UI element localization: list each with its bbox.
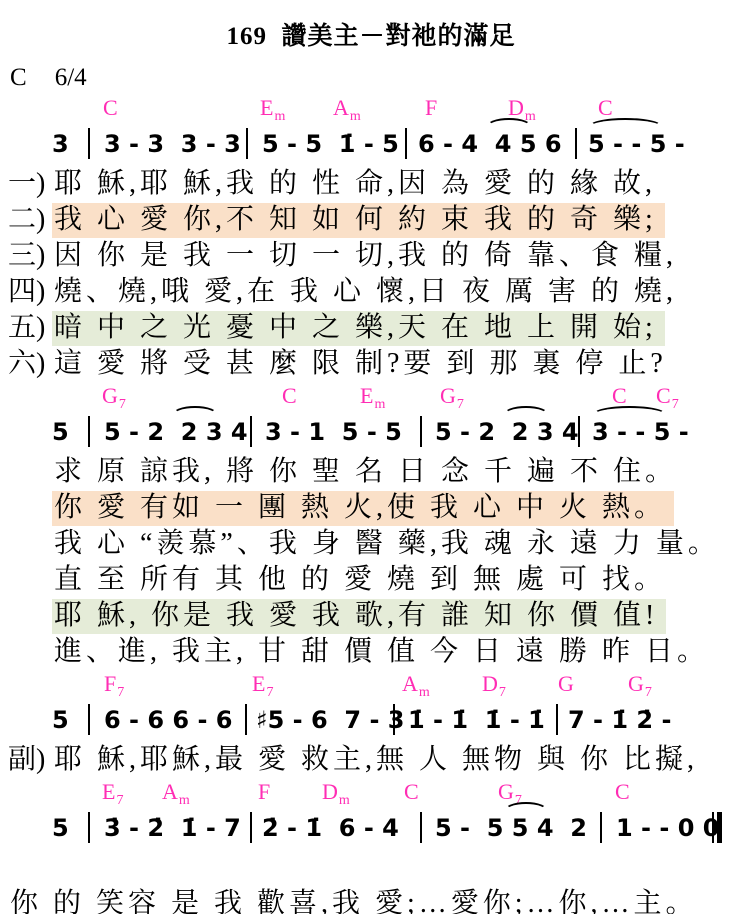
chord-root: A bbox=[402, 671, 418, 696]
verse-line-5: 五)暗 中 之 光 憂 中 之 樂,天 在 地 上 開 始; bbox=[0, 310, 742, 346]
chord-root: A bbox=[162, 779, 178, 804]
verse-line-4: 四)燒、燒,哦 愛,在 我 心 懷,日 夜 厲 害 的 燒, bbox=[0, 274, 742, 310]
key-signature: C bbox=[10, 64, 27, 91]
verse-label: 五) bbox=[8, 310, 52, 346]
verse-text: 燒、燒,哦 愛,在 我 心 懷,日 夜 厲 害 的 燒, bbox=[52, 275, 685, 310]
chord-root: G bbox=[440, 383, 456, 408]
lyric-text: 耶 穌, 你是 我 愛 我 歌,有 誰 知 你 價 值! bbox=[52, 599, 666, 634]
verse-label: 六) bbox=[8, 346, 52, 382]
stanza-line-4: 直 至 所有 其 他 的 愛 燒 到 無 處 可 找。 bbox=[0, 562, 742, 598]
measure-notes: 3̇ - 2̇ 1̇ - 7 bbox=[104, 814, 241, 842]
slur-arc bbox=[504, 802, 548, 820]
chord-root: C bbox=[598, 95, 613, 120]
chord-root: G bbox=[558, 671, 574, 696]
barline bbox=[393, 704, 395, 735]
stanza-line-2: 你 愛 有如 一 團 熱 火,使 我 心 中 火 熱。 bbox=[0, 490, 742, 526]
verse-label: 一) bbox=[8, 166, 52, 202]
chord-root: G bbox=[628, 671, 644, 696]
barline bbox=[245, 704, 247, 735]
barline bbox=[88, 812, 90, 843]
measure-notes: 1̇ - 1̇ 1̇ - 1̇ bbox=[408, 706, 545, 734]
chord-root: C bbox=[656, 383, 671, 408]
chord-root: D bbox=[508, 95, 524, 120]
hymn-sheet: 169 讚美主－對祂的滿足 C6/4 C Em Am F Dm C 3 3 - … bbox=[0, 0, 742, 914]
chord-root: F bbox=[104, 671, 116, 696]
verse-text: 暗 中 之 光 憂 中 之 樂,天 在 地 上 開 始; bbox=[52, 311, 665, 346]
barline bbox=[556, 704, 558, 735]
chord-root: E bbox=[260, 95, 273, 120]
slur-arc bbox=[486, 118, 532, 136]
verse-line-3: 三)因 你 是 我 一 切 一 切,我 的 倚 靠、食 糧, bbox=[0, 238, 742, 274]
chord-root: D bbox=[322, 779, 338, 804]
pickup-note: 3 bbox=[52, 130, 69, 158]
chorus-text: 耶 穌,耶穌,最 愛 救主,無 人 無物 與 你 比擬, bbox=[52, 743, 706, 778]
final-lyric-line: 你 的 笑容 是 我 歡喜,我 愛;…愛你;…你,…主。 bbox=[0, 850, 742, 886]
barline bbox=[578, 416, 580, 447]
chord-row-3: F7 E7 Am D7 G G7 bbox=[0, 672, 742, 696]
chord-root: E bbox=[102, 779, 115, 804]
note-row-2: 5 5 - 2 2 3 4 3 - 1 5 - 5 5 - 2 2 3 4 3 … bbox=[0, 408, 742, 454]
lyric-text: 我 心 “羨慕”、我 身 醫 藥,我 魂 永 遠 力 量。 bbox=[52, 527, 728, 562]
barline bbox=[88, 704, 90, 735]
chorus-line: 副)耶 穌,耶穌,最 愛 救主,無 人 無物 與 你 比擬, bbox=[0, 742, 742, 778]
verse-label: 四) bbox=[8, 274, 52, 310]
verse-label: 三) bbox=[8, 238, 52, 274]
pickup-note: 5 bbox=[52, 706, 69, 734]
chord-row-2: G7 C Em G7 C C7 bbox=[0, 384, 742, 408]
tie-arc bbox=[592, 406, 667, 424]
note-row-1: 3 3 - 3 3 - 3 5 - 5 1̇ - 5 6 - 4 4 5 6 5… bbox=[0, 120, 742, 166]
chord-row-1: C Em Am F Dm C bbox=[0, 96, 742, 120]
barline bbox=[600, 812, 602, 843]
note-row-4: 5 3̇ - 2̇ 1̇ - 7 2̇ - 1̇ 6 - 4 5 - 5 5 4… bbox=[0, 804, 742, 850]
chord-root: F bbox=[425, 95, 437, 120]
chord-root: F bbox=[258, 779, 270, 804]
barline bbox=[250, 416, 252, 447]
chord-root: C bbox=[103, 95, 118, 120]
verse-label: 二) bbox=[8, 202, 52, 238]
measure-notes: 3 - 1 5 - 5 bbox=[265, 418, 402, 446]
chord-root: A bbox=[333, 95, 349, 120]
measure-notes: 6 - 6 6 - 6 bbox=[104, 706, 233, 734]
measure-notes: 3 - 3 3 - 3 bbox=[104, 130, 241, 158]
chorus-label: 副) bbox=[8, 742, 52, 778]
key-meter-line: C6/4 bbox=[10, 62, 742, 94]
measure-notes: 1 - - 0 0 bbox=[616, 814, 719, 842]
chord-root: D bbox=[482, 671, 498, 696]
measure-notes: ♯5 - 6 7 - 3 bbox=[256, 706, 404, 734]
barline bbox=[250, 812, 252, 843]
lyric-text: 直 至 所有 其 他 的 愛 燒 到 無 處 可 找。 bbox=[52, 563, 674, 598]
verse-text: 因 你 是 我 一 切 一 切,我 的 倚 靠、食 糧, bbox=[52, 239, 685, 274]
slur-arc bbox=[172, 406, 218, 424]
stanza-line-3: 我 心 “羨慕”、我 身 醫 藥,我 魂 永 遠 力 量。 bbox=[0, 526, 742, 562]
measure-notes: 2̇ - 1̇ 6 - 4 bbox=[262, 814, 399, 842]
verse-text: 這 愛 將 受 甚 麼 限 制?要 到 那 裏 停 止? bbox=[52, 347, 675, 382]
final-barline bbox=[712, 812, 722, 843]
barline bbox=[88, 128, 90, 159]
measure-notes: 5 - 2 2 3 4 bbox=[104, 418, 248, 446]
barline bbox=[246, 128, 248, 159]
verse-line-1: 一)耶 穌,耶 穌,我 的 性 命,因 為 愛 的 緣 故, bbox=[0, 166, 742, 202]
verse-line-2: 二)我 心 愛 你,不 知 如 何 約 束 我 的 奇 樂; bbox=[0, 202, 742, 238]
tie-arc bbox=[588, 118, 663, 136]
verse-line-6: 六)這 愛 將 受 甚 麼 限 制?要 到 那 裏 停 止? bbox=[0, 346, 742, 382]
measure-notes: 7 - 1̇ 2̇ - bbox=[568, 706, 671, 734]
barline bbox=[420, 416, 422, 447]
barline bbox=[405, 128, 407, 159]
chord-row-4: E7 Am F Dm C G7 C bbox=[0, 780, 742, 804]
pickup-note: 5 bbox=[52, 814, 69, 842]
measure-notes: 5 - 2 2 3 4 bbox=[435, 418, 579, 446]
measure-notes: 6 - 4 4 5 6 bbox=[418, 130, 562, 158]
verse-text: 我 心 愛 你,不 知 如 何 約 束 我 的 奇 樂; bbox=[52, 203, 665, 238]
note-row-3: 5 6 - 6 6 - 6 ♯5 - 6 7 - 3 1̇ - 1̇ 1̇ - … bbox=[0, 696, 742, 742]
stanza-line-5: 耶 穌, 你是 我 愛 我 歌,有 誰 知 你 價 值! bbox=[0, 598, 742, 634]
stanza-line-1: 求 原 諒我, 將 你 聖 名 日 念 千 遍 不 住。 bbox=[0, 454, 742, 490]
chord-root: C bbox=[615, 779, 630, 804]
verse-text: 耶 穌,耶 穌,我 的 性 命,因 為 愛 的 緣 故, bbox=[52, 167, 664, 202]
barline bbox=[420, 812, 422, 843]
page-title: 169 讚美主－對祂的滿足 bbox=[0, 0, 742, 54]
pickup-note: 5 bbox=[52, 418, 69, 446]
chord-root: G bbox=[102, 383, 118, 408]
time-signature: 6/4 bbox=[55, 64, 87, 91]
lyric-text: 進、進, 我主, 甘 甜 價 值 今 日 遠 勝 昨 日。 bbox=[52, 635, 717, 670]
slur-arc bbox=[503, 406, 549, 424]
barline bbox=[575, 128, 577, 159]
barline bbox=[88, 416, 90, 447]
measure-notes: 5 - 5 1̇ - 5 bbox=[262, 130, 399, 158]
chord-root: E bbox=[360, 383, 373, 408]
lyric-text: 求 原 諒我, 將 你 聖 名 日 念 千 遍 不 住。 bbox=[52, 455, 685, 490]
chord-root: C bbox=[612, 383, 627, 408]
chord-root: G bbox=[498, 779, 514, 804]
measure-notes: 5 - 5 5 4 2 bbox=[435, 814, 587, 842]
chord-root: C bbox=[282, 383, 297, 408]
stanza-line-6: 進、進, 我主, 甘 甜 價 值 今 日 遠 勝 昨 日。 bbox=[0, 634, 742, 670]
chord-root: C bbox=[404, 779, 419, 804]
lyric-text: 你 的 笑容 是 我 歡喜,我 愛;…愛你;…你,…主。 bbox=[8, 887, 706, 914]
chord-root: E bbox=[252, 671, 265, 696]
lyric-text: 你 愛 有如 一 團 熱 火,使 我 心 中 火 熱。 bbox=[52, 491, 674, 526]
